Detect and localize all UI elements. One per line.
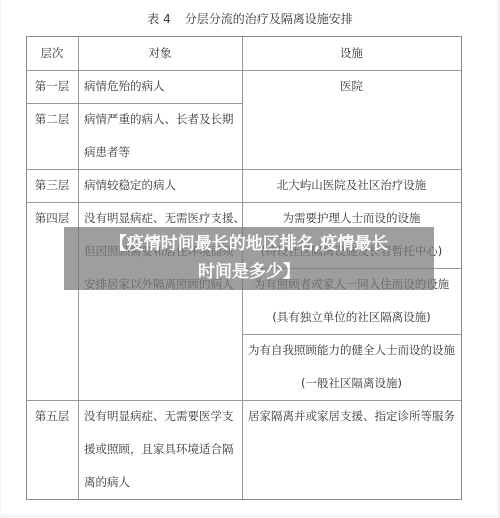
row-level: 第三层 bbox=[26, 169, 78, 202]
row-target: 病情较稳定的病人 bbox=[84, 169, 176, 202]
header-level: 层次 bbox=[26, 37, 78, 70]
row-facility: 北大屿山医院及社区治疗设施 bbox=[242, 169, 461, 202]
row-target: 援或照顾，且家具环境适合隔 bbox=[84, 433, 234, 466]
header-target: 对象 bbox=[78, 37, 242, 70]
row-target: 病情危殆的病人 bbox=[84, 70, 165, 103]
overlay-line-1: 【疫情时间最长的地区排名,疫情最长 bbox=[64, 230, 434, 258]
row-target: 离的病人 bbox=[84, 466, 130, 499]
row-facility: 居家隔离并或家居支援、指定诊所等服务 bbox=[242, 400, 461, 433]
row-level: 第二层 bbox=[26, 103, 78, 136]
row-target: 没有明显病症、无需要医学支 bbox=[84, 400, 234, 433]
row-facility: (一般社区隔离设施) bbox=[242, 367, 461, 400]
table-title: 分层分流的治疗及隔离设施安排 bbox=[185, 12, 353, 26]
row-facility: 医院 bbox=[242, 70, 461, 103]
overlay-line-2: 时间是多少】 bbox=[64, 258, 434, 286]
table-caption: 表 4分层分流的治疗及隔离设施安排 bbox=[0, 10, 500, 27]
row-level: 第一层 bbox=[26, 70, 78, 103]
table-number: 表 4 bbox=[147, 12, 170, 26]
header-facility: 设施 bbox=[242, 37, 461, 70]
overlay-caption-text: 【疫情时间最长的地区排名,疫情最长 时间是多少】 bbox=[64, 227, 434, 286]
row-target: 病患者等 bbox=[84, 136, 130, 169]
row-facility: 为有自我照顾能力的健全人士而设的设施 bbox=[242, 334, 461, 367]
row-facility: (具有独立单位的社区隔离设施) bbox=[242, 301, 461, 334]
row-target: 病情严重的病人、长者及长期 bbox=[84, 103, 234, 136]
row-level: 第五层 bbox=[26, 400, 78, 433]
